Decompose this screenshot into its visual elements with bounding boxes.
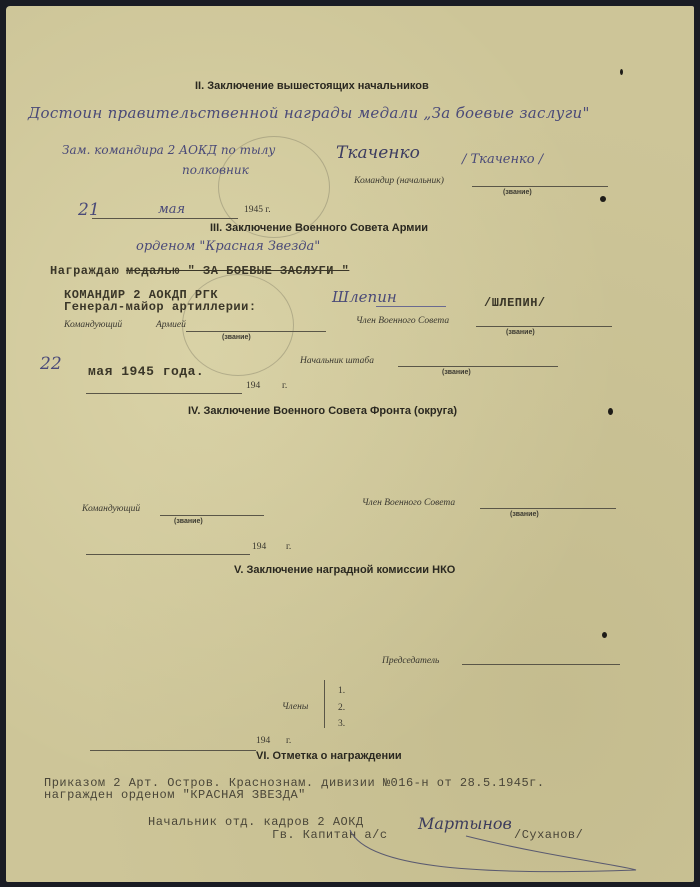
section3-blank-date-suffix: г. (282, 381, 287, 391)
section3-commander-line (186, 331, 326, 332)
award-sheet-page: II. Заключение вышестоящих начальников Д… (6, 6, 694, 882)
section4-blank-date-suffix: г. (286, 542, 291, 552)
section5-member-3: 3. (338, 719, 345, 729)
section3-council-rank-caption: (звание) (506, 329, 535, 336)
section2-date-day: 21 (78, 200, 100, 220)
section5-members-bracket (324, 680, 325, 728)
section3-date-typed: мая 1945 года. (88, 364, 204, 379)
section5-member-1: 1. (338, 686, 345, 696)
section2-date-month: мая (158, 202, 185, 217)
section2-rank-caption: (звание) (503, 189, 532, 196)
section2-signature: Ткаченко (336, 143, 420, 163)
section2-signature-name: / Ткаченко / (462, 152, 543, 167)
section2-commander-line (472, 186, 608, 187)
section5-chairman-line (462, 664, 620, 665)
section5-members-label: Члены (282, 702, 308, 712)
section5-blank-date-year: 194 (256, 736, 270, 746)
section4-heading: IV. Заключение Военного Совета Фронта (о… (188, 405, 457, 417)
section3-chief-rank-caption: (звание) (442, 369, 471, 376)
section3-council-line (476, 326, 612, 327)
section3-award-struck: медалью " ЗА БОЕВЫЕ ЗАСЛУГИ " (126, 264, 349, 278)
section4-blank-date-year: 194 (252, 542, 266, 552)
section3-heading: III. Заключение Военного Совета Армии (210, 222, 428, 234)
section4-blank-date-line (86, 554, 250, 555)
signature-flourish-icon (346, 826, 646, 886)
section5-chairman-label: Председатель (382, 656, 439, 666)
section3-date-day: 22 (40, 354, 62, 374)
ink-blot (608, 408, 613, 415)
section2-signer-position: Зам. командира 2 АОКД по тылу (62, 143, 275, 157)
section5-heading: V. Заключение наградной комиссии НКО (234, 564, 455, 576)
section2-date-year: 1945 г. (244, 205, 271, 215)
section2-commander-label: Командир (начальник) (354, 176, 444, 186)
section3-blank-date-line (86, 393, 242, 394)
section3-army-label: Армией (156, 320, 186, 330)
section6-heading: VI. Отметка о награждении (256, 750, 402, 762)
section3-award-prefix: Награждаю (50, 264, 119, 278)
section5-blank-date-line (90, 750, 256, 751)
section2-heading: II. Заключение вышестоящих начальников (195, 80, 429, 92)
ink-blot (620, 69, 623, 75)
section5-member-2: 2. (338, 703, 345, 713)
section3-council-label: Член Военного Совета (356, 316, 449, 326)
section3-signature-flourish (376, 306, 446, 307)
section5-blank-date-suffix: г. (286, 736, 291, 746)
section2-date-line (92, 218, 238, 219)
ink-blot (600, 196, 606, 202)
section4-council-rank-caption: (звание) (510, 511, 539, 518)
section3-signature: Шлепин (332, 288, 397, 306)
section4-council-line (480, 508, 616, 509)
section3-chief-line (398, 366, 558, 367)
section3-typed-name: /ШЛЕПИН/ (484, 296, 546, 310)
section3-commander-label: Командующий (64, 320, 122, 330)
section2-signer-rank: полковник (182, 163, 249, 177)
section4-rank-caption: (звание) (174, 518, 203, 525)
section4-commander-label: Командующий (82, 504, 140, 514)
section6-signer-line1: Начальник отд. кадров 2 АОКД (148, 815, 364, 829)
section3-blank-date-year: 194 (246, 381, 260, 391)
section4-commander-line (160, 515, 264, 516)
section6-order-line2: награжден орденом "КРАСНАЯ ЗВЕЗДА" (44, 788, 306, 802)
section3-chief-of-staff-label: Начальник штаба (300, 356, 374, 366)
section3-handwritten-correction: орденом "Красная Звезда" (136, 239, 320, 254)
section4-council-label: Член Военного Совета (362, 498, 455, 508)
section2-recommendation-text: Достоин правительственной награды медали… (28, 104, 590, 122)
section3-rank-caption: (звание) (222, 334, 251, 341)
ink-blot (602, 632, 607, 638)
section3-typed-rank: Генерал-майор артиллерии: (64, 300, 257, 314)
